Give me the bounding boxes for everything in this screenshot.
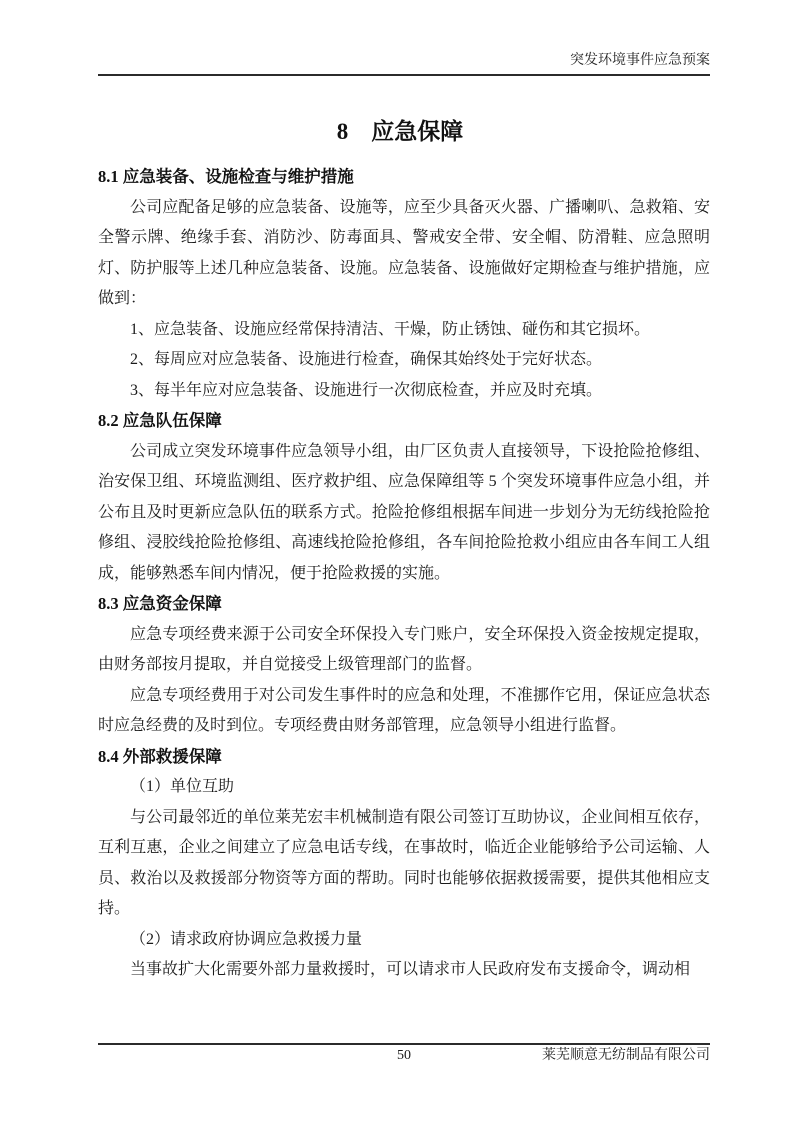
document-page: 突发环境事件应急预案 8 应急保障 8.1 应急装备、设施检查与维护措施 公司应… — [0, 0, 800, 1131]
list-item: 2、每周应对应急装备、设施进行检查，确保其始终处于完好状态。 — [98, 345, 710, 376]
document-body: 8.1 应急装备、设施检查与维护措施 公司应配备足够的应急装备、设施等，应至少具… — [98, 162, 710, 986]
list-item: 3、每半年应对应急装备、设施进行一次彻底检查，并应及时充填。 — [98, 376, 710, 407]
paragraph: 公司应配备足够的应急装备、设施等，应至少具备灭火器、广播喇叭、急救箱、安全警示牌… — [98, 193, 710, 315]
footer-company-name: 莱芜顺意无纺制品有限公司 — [542, 1045, 710, 1067]
paragraph: 应急专项经费用于对公司发生事件时的应急和处理，不准挪作它用，保证应急状态时应急经… — [98, 681, 710, 742]
page-header: 突发环境事件应急预案 — [98, 0, 710, 76]
paragraph: 与公司最邻近的单位莱芜宏丰机械制造有限公司签订互助协议，企业间相互依存，互利互惠… — [98, 803, 710, 925]
paragraph: 当事故扩大化需要外部力量救援时，可以请求市人民政府发布支援命令，调动相 — [98, 955, 710, 986]
header-title: 突发环境事件应急预案 — [570, 53, 710, 68]
list-item: 1、应急装备、设施应经常保持清洁、干燥，防止锈蚀、碰伤和其它损坏。 — [98, 315, 710, 346]
paragraph: 应急专项经费来源于公司安全环保投入专门账户，安全环保投入资金按规定提取，由财务部… — [98, 620, 710, 681]
subitem-label: （2）请求政府协调应急救援力量 — [98, 925, 710, 956]
paragraph: 公司成立突发环境事件应急领导小组，由厂区负责人直接领导，下设抢险抢修组、治安保卫… — [98, 437, 710, 590]
subitem-label: （1）单位互助 — [98, 772, 710, 803]
section-heading-8-1: 8.1 应急装备、设施检查与维护措施 — [98, 162, 710, 193]
section-heading-8-2: 8.2 应急队伍保障 — [98, 406, 710, 437]
section-heading-8-4: 8.4 外部救援保障 — [98, 742, 710, 773]
section-heading-8-3: 8.3 应急资金保障 — [98, 589, 710, 620]
page-footer: 50 莱芜顺意无纺制品有限公司 — [98, 1043, 710, 1069]
footer-page-number: 50 — [397, 1045, 411, 1067]
page-title: 8 应急保障 — [0, 116, 800, 148]
